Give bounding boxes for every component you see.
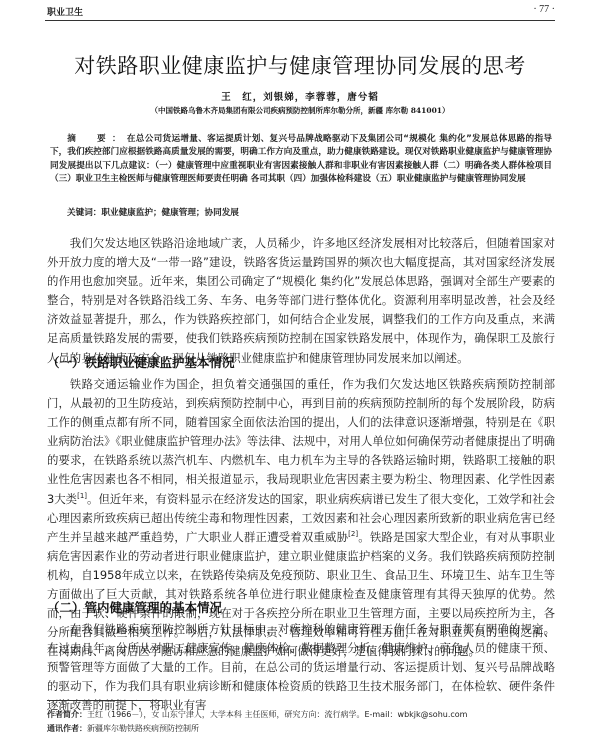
citation-ref-2[interactable]: [2] bbox=[348, 530, 358, 538]
footnote-rule bbox=[47, 700, 162, 701]
article-title: 对铁路职业健康监护与健康管理协同发展的思考 bbox=[0, 50, 600, 80]
intro-text: 我们欠发达地区铁路沿途地域广袤，人员稀少，许多地区经济发展相对比较落后，但随着国… bbox=[47, 234, 555, 368]
intro-paragraph: 我们欠发达地区铁路沿途地域广袤，人员稀少，许多地区经济发展相对比较落后，但随着国… bbox=[47, 234, 555, 368]
corresponding-text: 新疆库尔勒铁路疾病预防控制所 bbox=[87, 724, 199, 733]
section-heading-2: （二）管内健康管理的基本情况 bbox=[47, 598, 222, 616]
page-number: · 77 · bbox=[533, 4, 555, 15]
article-affiliation: （中国铁路乌鲁木齐局集团有限公司疾病预防控制所库尔勒分所，新疆 库尔勒 8410… bbox=[0, 105, 600, 116]
article-authors: 王 红，刘银娣，李蓉蓉，唐兮韬 bbox=[0, 89, 600, 103]
footnote-corresponding: 通讯作者：新疆库尔勒铁路疾病预防控制所 bbox=[47, 723, 199, 734]
journal-running-head: 职业卫生 bbox=[47, 5, 83, 18]
corresponding-label: 通讯作者： bbox=[47, 724, 87, 733]
abstract-block: 摘 要：在总公司货运增量、客运提质计划、复兴号品牌战略驱动下及集团公司“规模化 … bbox=[50, 133, 552, 187]
abstract-label: 摘 要： bbox=[67, 134, 127, 144]
section-1-body: 铁路交通运输业作为国企，担负着交通强国的重任，作为我们欠发达地区铁路疾病预防控制… bbox=[47, 375, 555, 661]
footnote-author-bio: 作者简介：王红（1966－），女 山东宁津人，大学本科 主任医师，研究方向：流行… bbox=[47, 709, 467, 720]
keywords-line: 关键词：职业健康监护；健康管理；协同发展 bbox=[50, 206, 239, 218]
header-rule bbox=[45, 20, 555, 21]
author-bio-label: 作者简介： bbox=[47, 710, 87, 719]
section-1-text-a: 铁路交通运输业作为国企，担负着交通强国的重任，作为我们欠发达地区铁路疾病预防控制… bbox=[47, 377, 555, 506]
keywords-text: 职业健康监护；健康管理；协同发展 bbox=[101, 208, 239, 218]
section-2-text: 在我们铁路疾病预防控制所方针目标中，对疾控科的健康管理工作任务与职责都有明确的规… bbox=[47, 620, 555, 715]
citation-ref-1[interactable]: [1] bbox=[77, 492, 87, 500]
section-2-body: 在我们铁路疾病预防控制所方针目标中，对疾控科的健康管理工作任务与职责都有明确的规… bbox=[47, 620, 555, 715]
section-heading-1: （一）铁路职业健康监护基本情况 bbox=[47, 353, 235, 371]
author-bio-text: 王红（1966－），女 山东宁津人，大学本科 主任医师，研究方向：流行病学。E-… bbox=[87, 710, 467, 719]
keywords-label: 关键词： bbox=[67, 208, 101, 218]
